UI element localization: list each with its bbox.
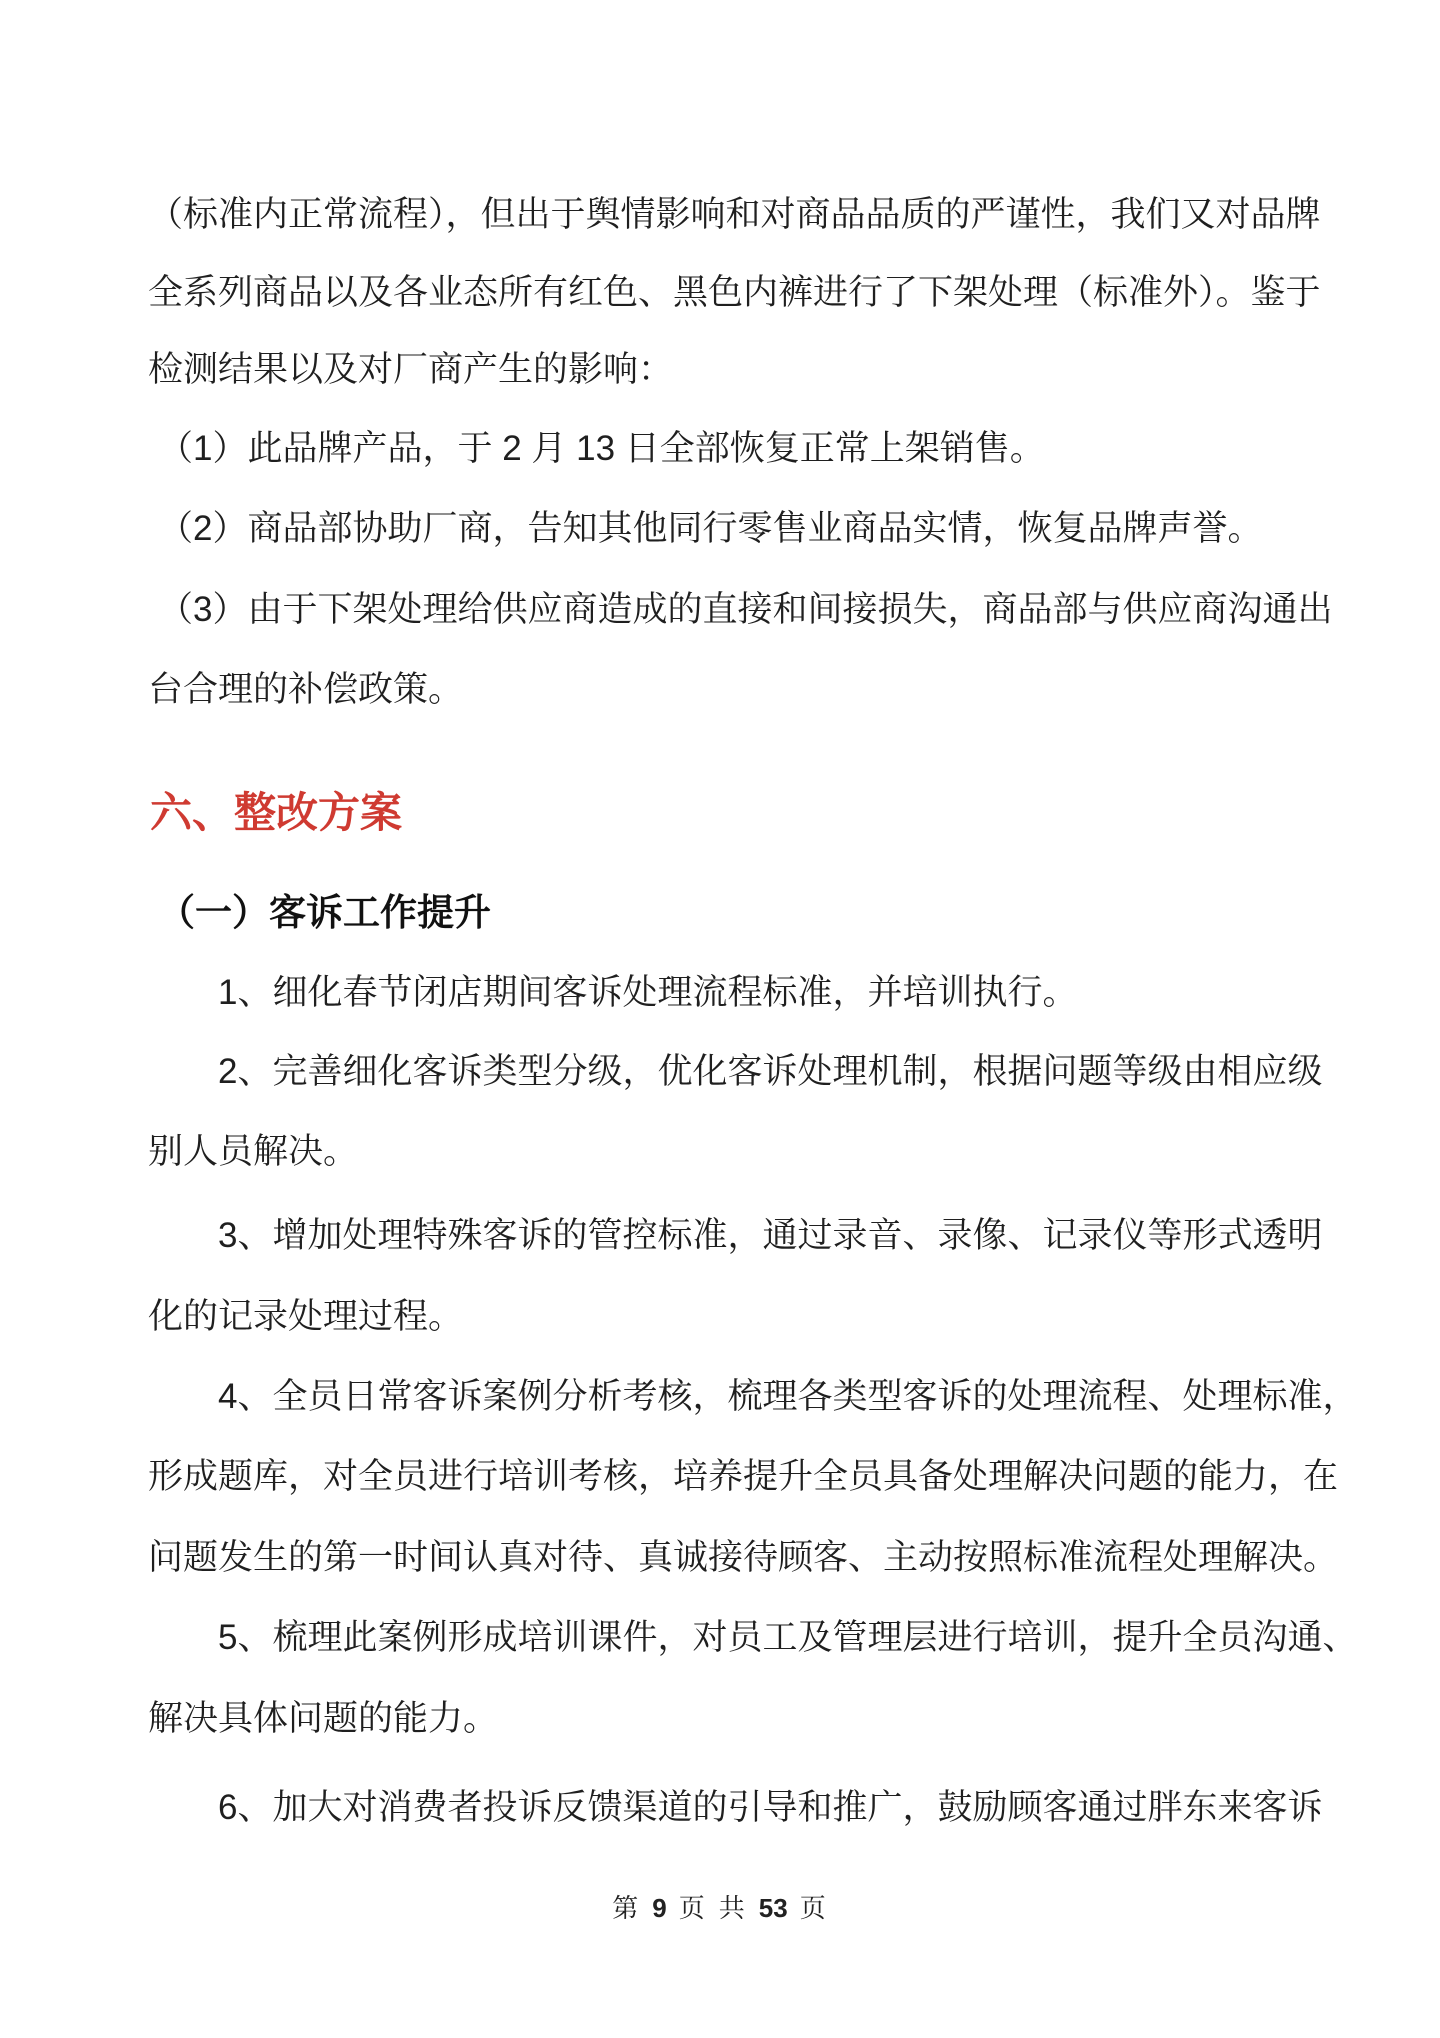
paragraph-line: 化的记录处理过程。	[148, 1292, 463, 1342]
footer-prefix: 第	[612, 1893, 640, 1923]
list-item: （3）由于下架处理给供应商造成的直接和间接损失，商品部与供应商沟通出	[158, 585, 1332, 635]
paragraph-line: 台合理的补偿政策。	[148, 665, 463, 715]
paragraph-line: 形成题库，对全员进行培训考核，培养提升全员具备处理解决问题的能力，在	[148, 1452, 1338, 1502]
footer-page-number: 9	[652, 1893, 666, 1923]
paragraph-line: 解决具体问题的能力。	[148, 1694, 498, 1744]
list-item: 5、梳理此案例形成培训课件，对员工及管理层进行培训，提升全员沟通、	[218, 1613, 1357, 1663]
footer-suffix: 页	[800, 1893, 828, 1923]
list-item: 3、增加处理特殊客诉的管控标准，通过录音、录像、记录仪等形式透明	[218, 1211, 1322, 1261]
document-page: （标准内正常流程），但出于舆情影响和对商品品质的严谨性，我们又对品牌 全系列商品…	[0, 0, 1440, 2038]
paragraph-line: 问题发生的第一时间认真对待、真诚接待顾客、主动按照标准流程处理解决。	[148, 1533, 1338, 1583]
list-item: 4、全员日常客诉案例分析考核，梳理各类型客诉的处理流程、处理标准，	[218, 1372, 1357, 1422]
footer-total-number: 53	[759, 1893, 788, 1923]
list-item: 1、细化春节闭店期间客诉处理流程标准，并培训执行。	[218, 968, 1077, 1018]
list-item: （2）商品部协助厂商，告知其他同行零售业商品实情，恢复品牌声誉。	[158, 504, 1262, 554]
subsection-heading: （一）客诉工作提升	[158, 887, 491, 939]
section-heading: 六、整改方案	[150, 783, 402, 843]
page-footer: 第9页共53页	[0, 1888, 1440, 1928]
footer-total-label: 共	[719, 1893, 747, 1923]
footer-page-label: 页	[679, 1893, 707, 1923]
paragraph-line: 检测结果以及对厂商产生的影响：	[148, 345, 673, 395]
paragraph-line: （标准内正常流程），但出于舆情影响和对商品品质的严谨性，我们又对品牌	[148, 190, 1321, 240]
paragraph-line: 别人员解决。	[148, 1127, 358, 1177]
list-item: （1）此品牌产品，于 2 月 13 日全部恢复正常上架销售。	[158, 424, 1045, 474]
paragraph-line: 全系列商品以及各业态所有红色、黑色内裤进行了下架处理（标准外）。鉴于	[148, 268, 1321, 318]
list-item: 2、完善细化客诉类型分级，优化客诉处理机制，根据问题等级由相应级	[218, 1047, 1322, 1097]
list-item: 6、加大对消费者投诉反馈渠道的引导和推广，鼓励顾客通过胖东来客诉	[218, 1783, 1322, 1833]
